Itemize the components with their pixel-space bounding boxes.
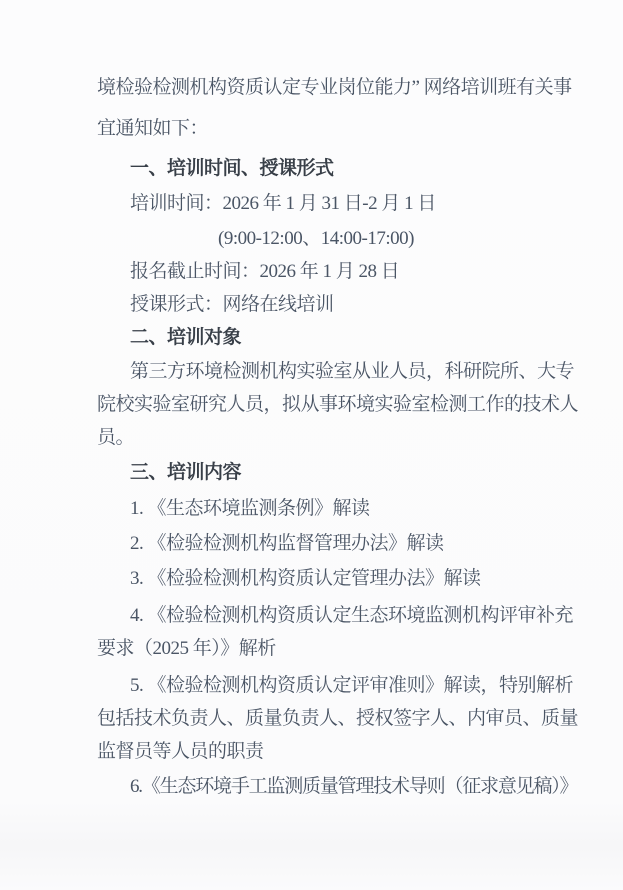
content-item-4-line-2: 要求（2025 年）》解析 — [97, 632, 557, 665]
training-time-line: 培训时间：2026 年 1 月 31 日-2 月 1 日 — [97, 187, 557, 220]
audience-line-3: 员。 — [97, 421, 557, 454]
content-item-6: 6.《生态环境手工监测质量管理技术导则（征求意见稿）》 — [97, 770, 557, 803]
document-text-block: 境检验检测机构资质认定专业岗位能力” 网络培训班有关事 宜通知如下： 一、培训时… — [97, 71, 557, 803]
teaching-format-line: 授课形式：网络在线培训 — [97, 288, 557, 321]
content-item-5-line-1: 5. 《检验检测机构资质认定评审准则》解读，特别解析 — [97, 669, 557, 702]
scanned-page: 境检验检测机构资质认定专业岗位能力” 网络培训班有关事 宜通知如下： 一、培训时… — [0, 0, 623, 890]
registration-deadline-line: 报名截止时间：2026 年 1 月 28 日 — [97, 255, 557, 288]
content-item-3: 3. 《检验检测机构资质认定管理办法》解读 — [97, 562, 557, 595]
content-item-5-line-2: 包括技术负责人、质量负责人、授权签字人、内审员、质量 — [97, 702, 557, 735]
content-item-4-line-1: 4. 《检验检测机构资质认定生态环境监测机构评审补充 — [97, 599, 557, 632]
section-2-heading: 二、培训对象 — [97, 321, 557, 354]
audience-line-2: 院校实验室研究人员，拟从事环境实验室检测工作的技术人 — [97, 388, 557, 421]
intro-line-2: 宜通知如下： — [97, 112, 557, 145]
audience-line-1: 第三方环境检测机构实验室从业人员，科研院所、大专 — [97, 355, 557, 388]
section-3-heading: 三、培训内容 — [97, 456, 557, 489]
content-item-1: 1. 《生态环境监测条例》解读 — [97, 492, 557, 525]
content-item-2: 2. 《检验检测机构监督管理办法》解读 — [97, 527, 557, 560]
training-hours-line: (9:00-12:00、14:00-17:00) — [97, 222, 557, 255]
section-1-heading: 一、培训时间、授课形式 — [97, 152, 557, 185]
content-item-5-line-3: 监督员等人员的职责 — [97, 735, 557, 768]
intro-line-1: 境检验检测机构资质认定专业岗位能力” 网络培训班有关事 — [97, 71, 557, 104]
